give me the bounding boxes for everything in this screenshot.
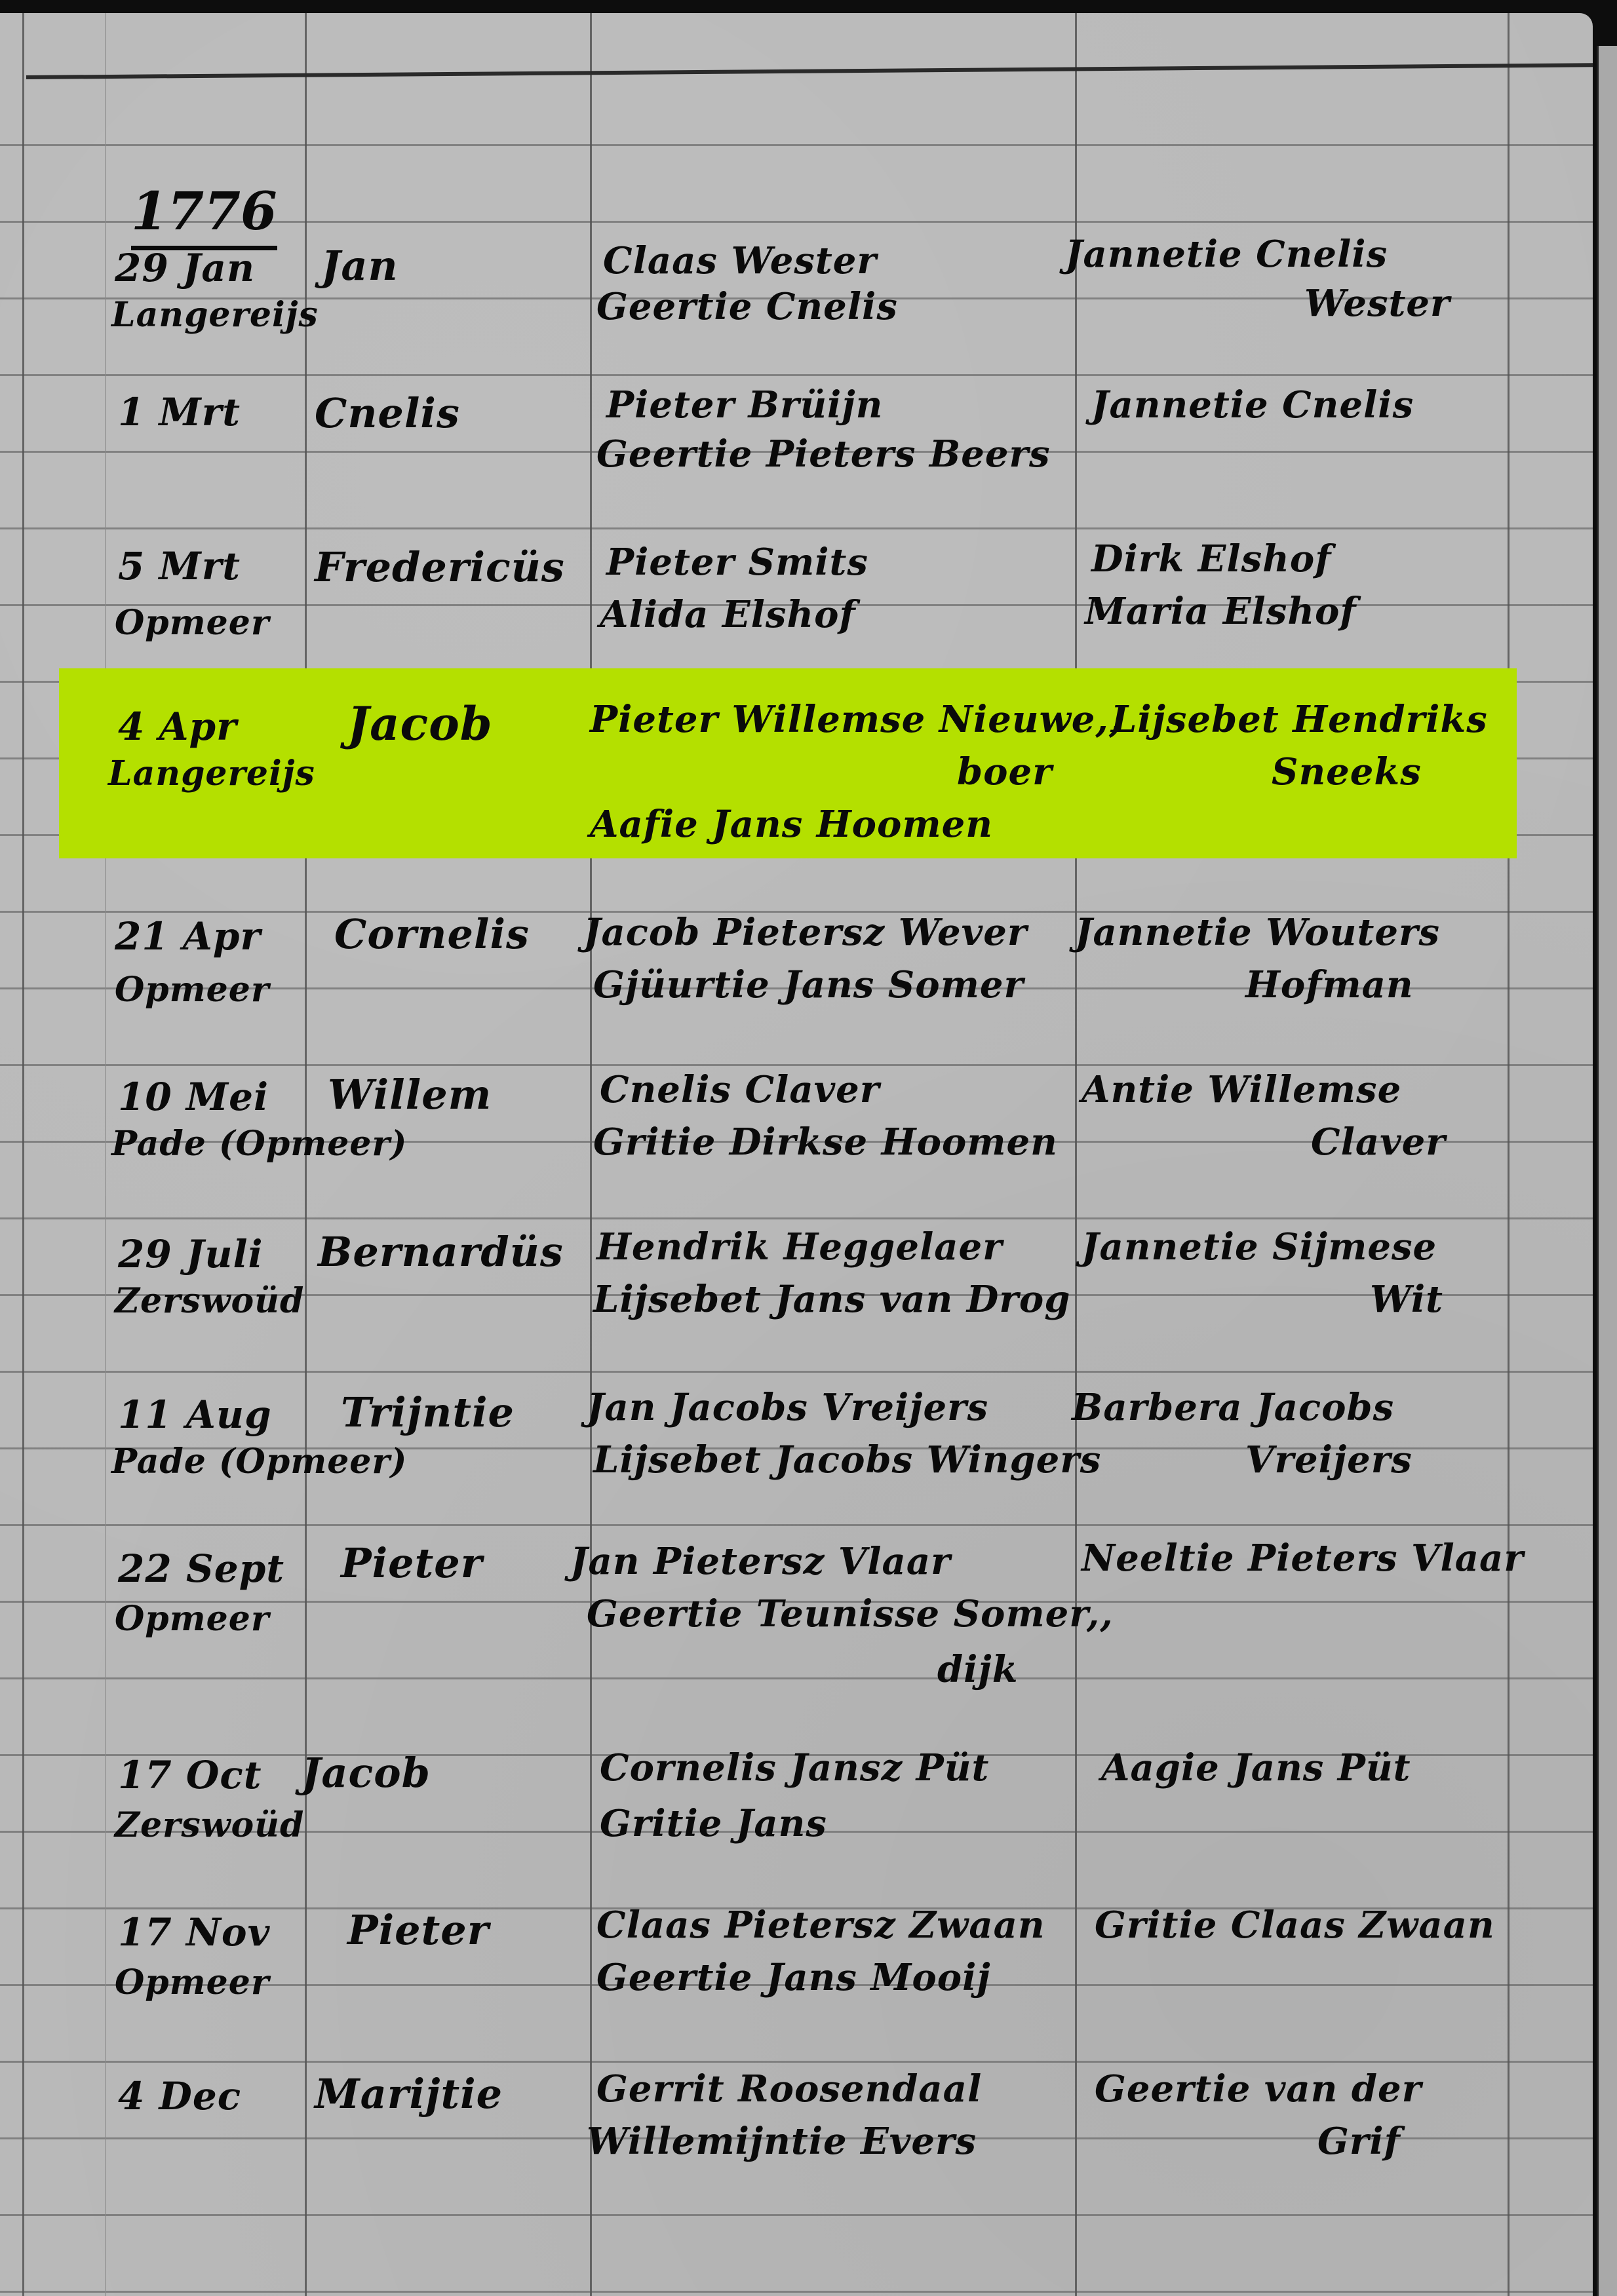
- ruled-line: [0, 144, 1593, 146]
- entry-father: Cornelis Jansz Püt: [600, 1750, 989, 1786]
- entry-mother: Alida Elshof: [600, 596, 856, 633]
- entry-father: Pieter Brüijn: [606, 387, 883, 423]
- entry-date: 11 Aug: [118, 1396, 272, 1434]
- entry-witness: Jannetie Cnelis: [1091, 387, 1414, 423]
- entry-place: Opmeer: [115, 1966, 269, 2000]
- ruled-line: [0, 1064, 1593, 1066]
- ruled-line: [0, 2061, 1593, 2063]
- entry-child: Cornelis: [334, 914, 530, 955]
- entry-date: 4 Apr: [118, 708, 237, 746]
- entry-witness: Neeltie Pieters Vlaar: [1081, 1540, 1524, 1577]
- entry-father: Jan Jacobs Vreijers: [587, 1389, 988, 1426]
- entry-place: Opmeer: [115, 1602, 269, 1636]
- entry-witness: Aagie Jans Püt: [1101, 1750, 1411, 1786]
- entry-father: Jan Pietersz Vlaar: [570, 1543, 951, 1580]
- adjacent-page-edge: [1597, 46, 1617, 2296]
- entry-child: Fredericüs: [315, 547, 565, 588]
- entry-child: Jan: [321, 246, 399, 286]
- entry-child: Trijntie: [341, 1392, 515, 1433]
- entry-witness-line2: Grif: [1317, 2123, 1401, 2160]
- entry-father: Pieter Willemse Nieuwe,,: [590, 701, 1122, 738]
- entry-child: Marijtie: [315, 2074, 503, 2114]
- register-page: 1776 29 Jan Langereijs Jan Claas Wester …: [0, 13, 1593, 2296]
- entry-mother: Aafie Jans Hoomen: [590, 806, 993, 843]
- entry-father: Hendrik Heggelaer: [596, 1229, 1003, 1265]
- entry-mother: Lijsebet Jans van Drog: [593, 1281, 1070, 1318]
- entry-child: Pieter: [341, 1543, 482, 1584]
- entry-date: 21 Apr: [115, 917, 261, 955]
- column-rule: [590, 13, 592, 2296]
- entry-father: Jacob Pietersz Wever: [583, 914, 1027, 951]
- ruled-line: [0, 1677, 1593, 1679]
- entry-child: Bernardüs: [318, 1232, 564, 1272]
- entry-witness-line2: Wester: [1304, 285, 1450, 322]
- entry-child: Willem: [328, 1075, 492, 1115]
- ruled-line: [0, 1524, 1593, 1526]
- entry-witness: Dirk Elshof: [1091, 541, 1331, 577]
- entry-father: Pieter Smits: [606, 544, 868, 581]
- column-rule: [1075, 13, 1077, 2296]
- entry-date: 17 Oct: [118, 1756, 262, 1794]
- entry-date: 22 Sept: [118, 1550, 284, 1588]
- entry-witness-line2: Hofman: [1245, 966, 1414, 1003]
- entry-father: Claas Pietersz Zwaan: [596, 1907, 1045, 1943]
- entry-witness: Antie Willemse: [1081, 1071, 1401, 1108]
- entry-witness: Geertie van der: [1095, 2071, 1422, 2107]
- entry-witness-line2: Wit: [1370, 1281, 1443, 1318]
- entry-father-line2: boer: [957, 754, 1053, 790]
- entry-mother: Geertie Teunisse Somer,,: [587, 1596, 1114, 1632]
- entry-date: 10 Mei: [118, 1078, 269, 1116]
- entry-date: 1 Mrt: [118, 393, 241, 431]
- entry-child: Cnelis: [315, 393, 460, 434]
- ruled-line: [0, 374, 1593, 376]
- entry-place: Zerswoüd: [115, 1284, 304, 1318]
- entry-father: Cnelis Claver: [600, 1071, 880, 1108]
- entry-mother: Geertie Jans Mooij: [596, 1959, 991, 1996]
- entry-mother: Lijsebet Jacobs Wingers: [593, 1442, 1101, 1478]
- entry-mother: Gritie Dirkse Hoomen: [593, 1124, 1058, 1160]
- column-rule: [1508, 13, 1510, 2296]
- entry-date: 29 Jan: [115, 249, 255, 287]
- entry-date: 5 Mrt: [118, 547, 241, 585]
- entry-witness: Jannetie Cnelis: [1065, 236, 1388, 273]
- entry-place: Pade (Opmeer): [111, 1445, 407, 1479]
- entry-witness-line2: Sneeks: [1272, 754, 1422, 790]
- entry-witness-2: Maria Elshof: [1085, 593, 1356, 630]
- entry-place: Opmeer: [115, 606, 269, 640]
- page-top-rule: [26, 63, 1593, 79]
- year-heading: 1776: [131, 180, 277, 250]
- entry-child: Pieter: [347, 1910, 489, 1951]
- entry-place: Langereijs: [108, 757, 315, 791]
- entry-child: Jacob: [347, 701, 493, 747]
- entry-witness: Gritie Claas Zwaan: [1095, 1907, 1495, 1943]
- entry-place: Opmeer: [115, 973, 269, 1007]
- entry-mother: Gritie Jans: [600, 1805, 827, 1842]
- entry-place: Zerswoüd: [115, 1808, 304, 1843]
- entry-witness: Lijsebet Hendriks: [1111, 701, 1488, 738]
- entry-father: Gerrit Roosendaal: [596, 2071, 982, 2107]
- entry-date: 4 Dec: [118, 2077, 241, 2115]
- entry-mother: Geertie Cnelis: [596, 288, 898, 325]
- entry-witness: Jannetie Wouters: [1075, 914, 1440, 951]
- ruled-line: [0, 2291, 1593, 2293]
- entry-mother: Willemijntie Evers: [587, 2123, 977, 2160]
- entry-witness: Jannetie Sijmese: [1081, 1229, 1437, 1265]
- entry-child: Jacob: [302, 1753, 431, 1793]
- column-rule: [22, 13, 24, 2296]
- ruled-line: [0, 1217, 1593, 1219]
- entry-father: Claas Wester: [603, 242, 877, 279]
- column-rule: [105, 13, 106, 2296]
- entry-witness-line2: Claver: [1311, 1124, 1446, 1160]
- entry-witness: Barbera Jacobs: [1072, 1389, 1394, 1426]
- ruled-line: [0, 527, 1593, 529]
- entry-place: Pade (Opmeer): [111, 1127, 407, 1161]
- ruled-line: [0, 2214, 1593, 2216]
- entry-place: Langereijs: [111, 298, 319, 332]
- ruled-line: [0, 1371, 1593, 1373]
- entry-witness-line2: Vreijers: [1245, 1442, 1412, 1478]
- entry-date: 29 Juli: [118, 1235, 263, 1273]
- entry-mother: Gjüurtie Jans Somer: [593, 966, 1024, 1003]
- entry-date: 17 Nov: [118, 1913, 270, 1951]
- entry-mother-line2: dijk: [937, 1651, 1019, 1688]
- entry-mother: Geertie Pieters Beers: [596, 436, 1051, 472]
